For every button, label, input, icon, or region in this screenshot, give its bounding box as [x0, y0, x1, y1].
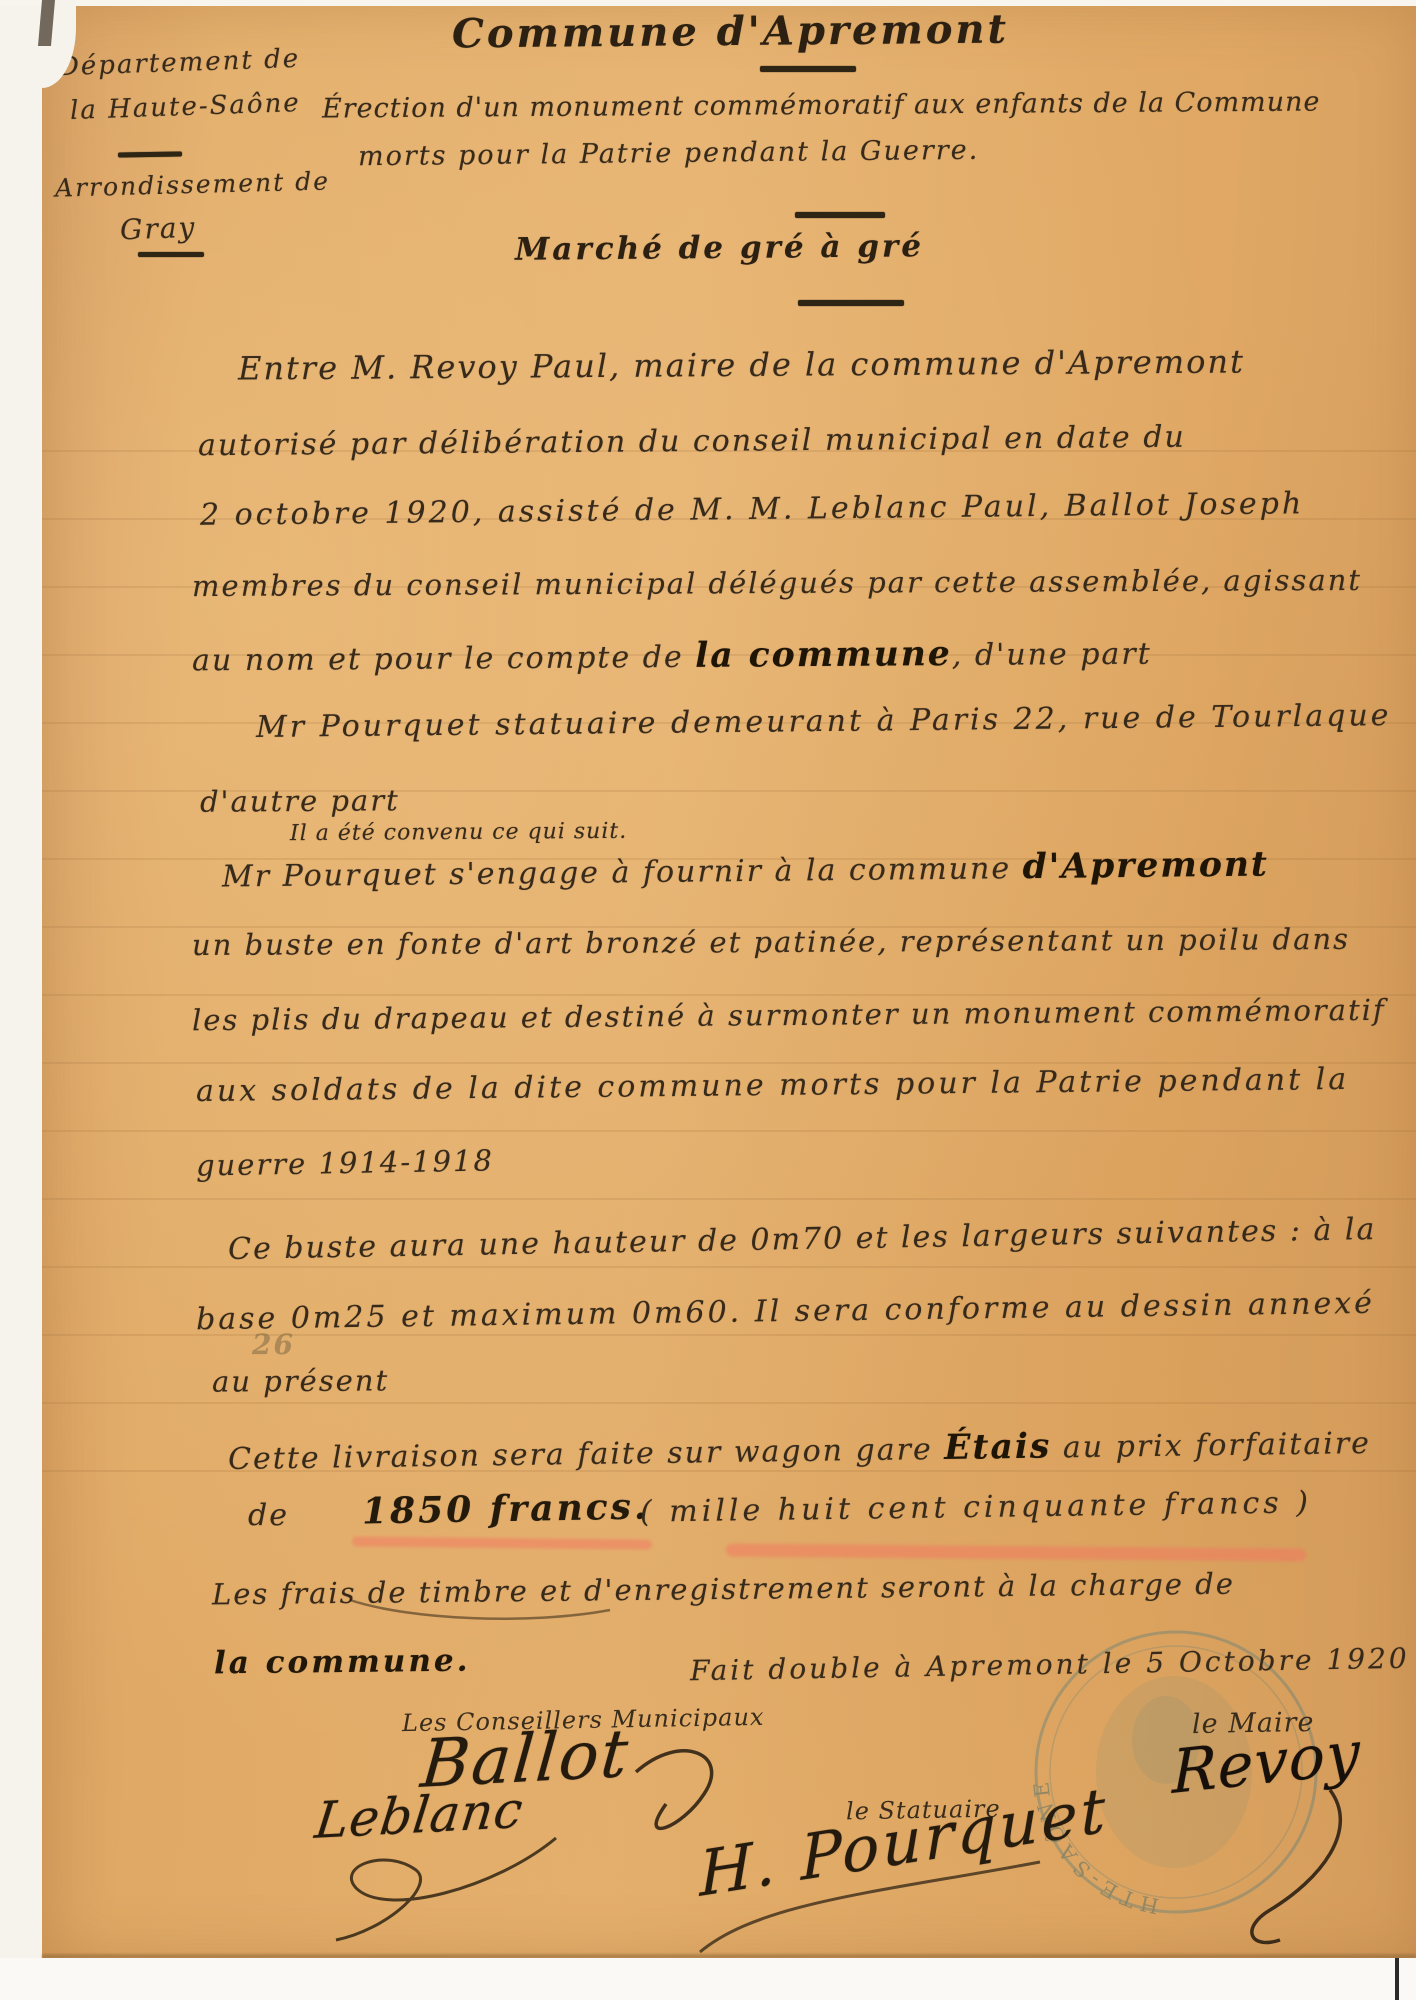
commune-title: Commune d'Apremont — [452, 6, 1009, 58]
scan-margin-left — [0, 0, 42, 2000]
au-nom-post: , d'une part — [952, 637, 1152, 673]
subject-line2: morts pour la Patrie pendant la Guerre. — [358, 135, 980, 173]
body-line-guerre: guerre 1914-1918 — [196, 1143, 494, 1182]
header-divider-2 — [138, 252, 204, 257]
arrondissement-line2: Gray — [119, 211, 196, 247]
livraison-gare-emphasis: Étais — [944, 1426, 1052, 1467]
body-line-au-present: au présent — [212, 1363, 389, 1398]
engage-emphasis: d'Apremont — [1022, 845, 1269, 888]
body-line-buste: un buste en fonte d'art bronzé et patiné… — [192, 922, 1350, 962]
document-scan: Département de la Haute-Saône Arrondisse… — [0, 0, 1416, 2000]
engage-pre: Mr Pourquet s'engage à fournir à la comm… — [222, 851, 1023, 894]
au-nom-emphasis: la commune — [695, 634, 952, 676]
body-line-la-commune: la commune. — [214, 1643, 471, 1682]
body-line-convenu: Il a été convenu ce qui suit. — [290, 819, 627, 846]
price-de: de — [248, 1498, 289, 1533]
contract-type-title: Marché de gré à gré — [515, 228, 924, 268]
pencil-annotation: 26 — [252, 1328, 295, 1361]
scan-artifact-bottomright — [1395, 1958, 1399, 2000]
livraison-post: au prix forfaitaire — [1051, 1426, 1371, 1465]
price-amount: 1850 francs. — [362, 1485, 650, 1532]
scan-margin-top — [0, 0, 1416, 6]
body-line-entre: Entre M. Revoy Paul, maire de la commune… — [238, 342, 1245, 387]
scan-margin-bottom — [0, 1958, 1416, 2000]
subject-divider — [795, 212, 885, 218]
body-line-au-nom: au nom et pour le compte de la commune, … — [192, 633, 1152, 680]
au-nom-pre: au nom et pour le compte de — [192, 640, 695, 679]
body-line-autre-part: d'autre part — [200, 783, 400, 818]
contract-type-underline — [798, 300, 904, 306]
commune-title-underline — [760, 66, 856, 72]
body-line-membres: membres du conseil municipal délégués pa… — [192, 563, 1362, 603]
signature-leblanc: Leblanc — [312, 1781, 527, 1850]
